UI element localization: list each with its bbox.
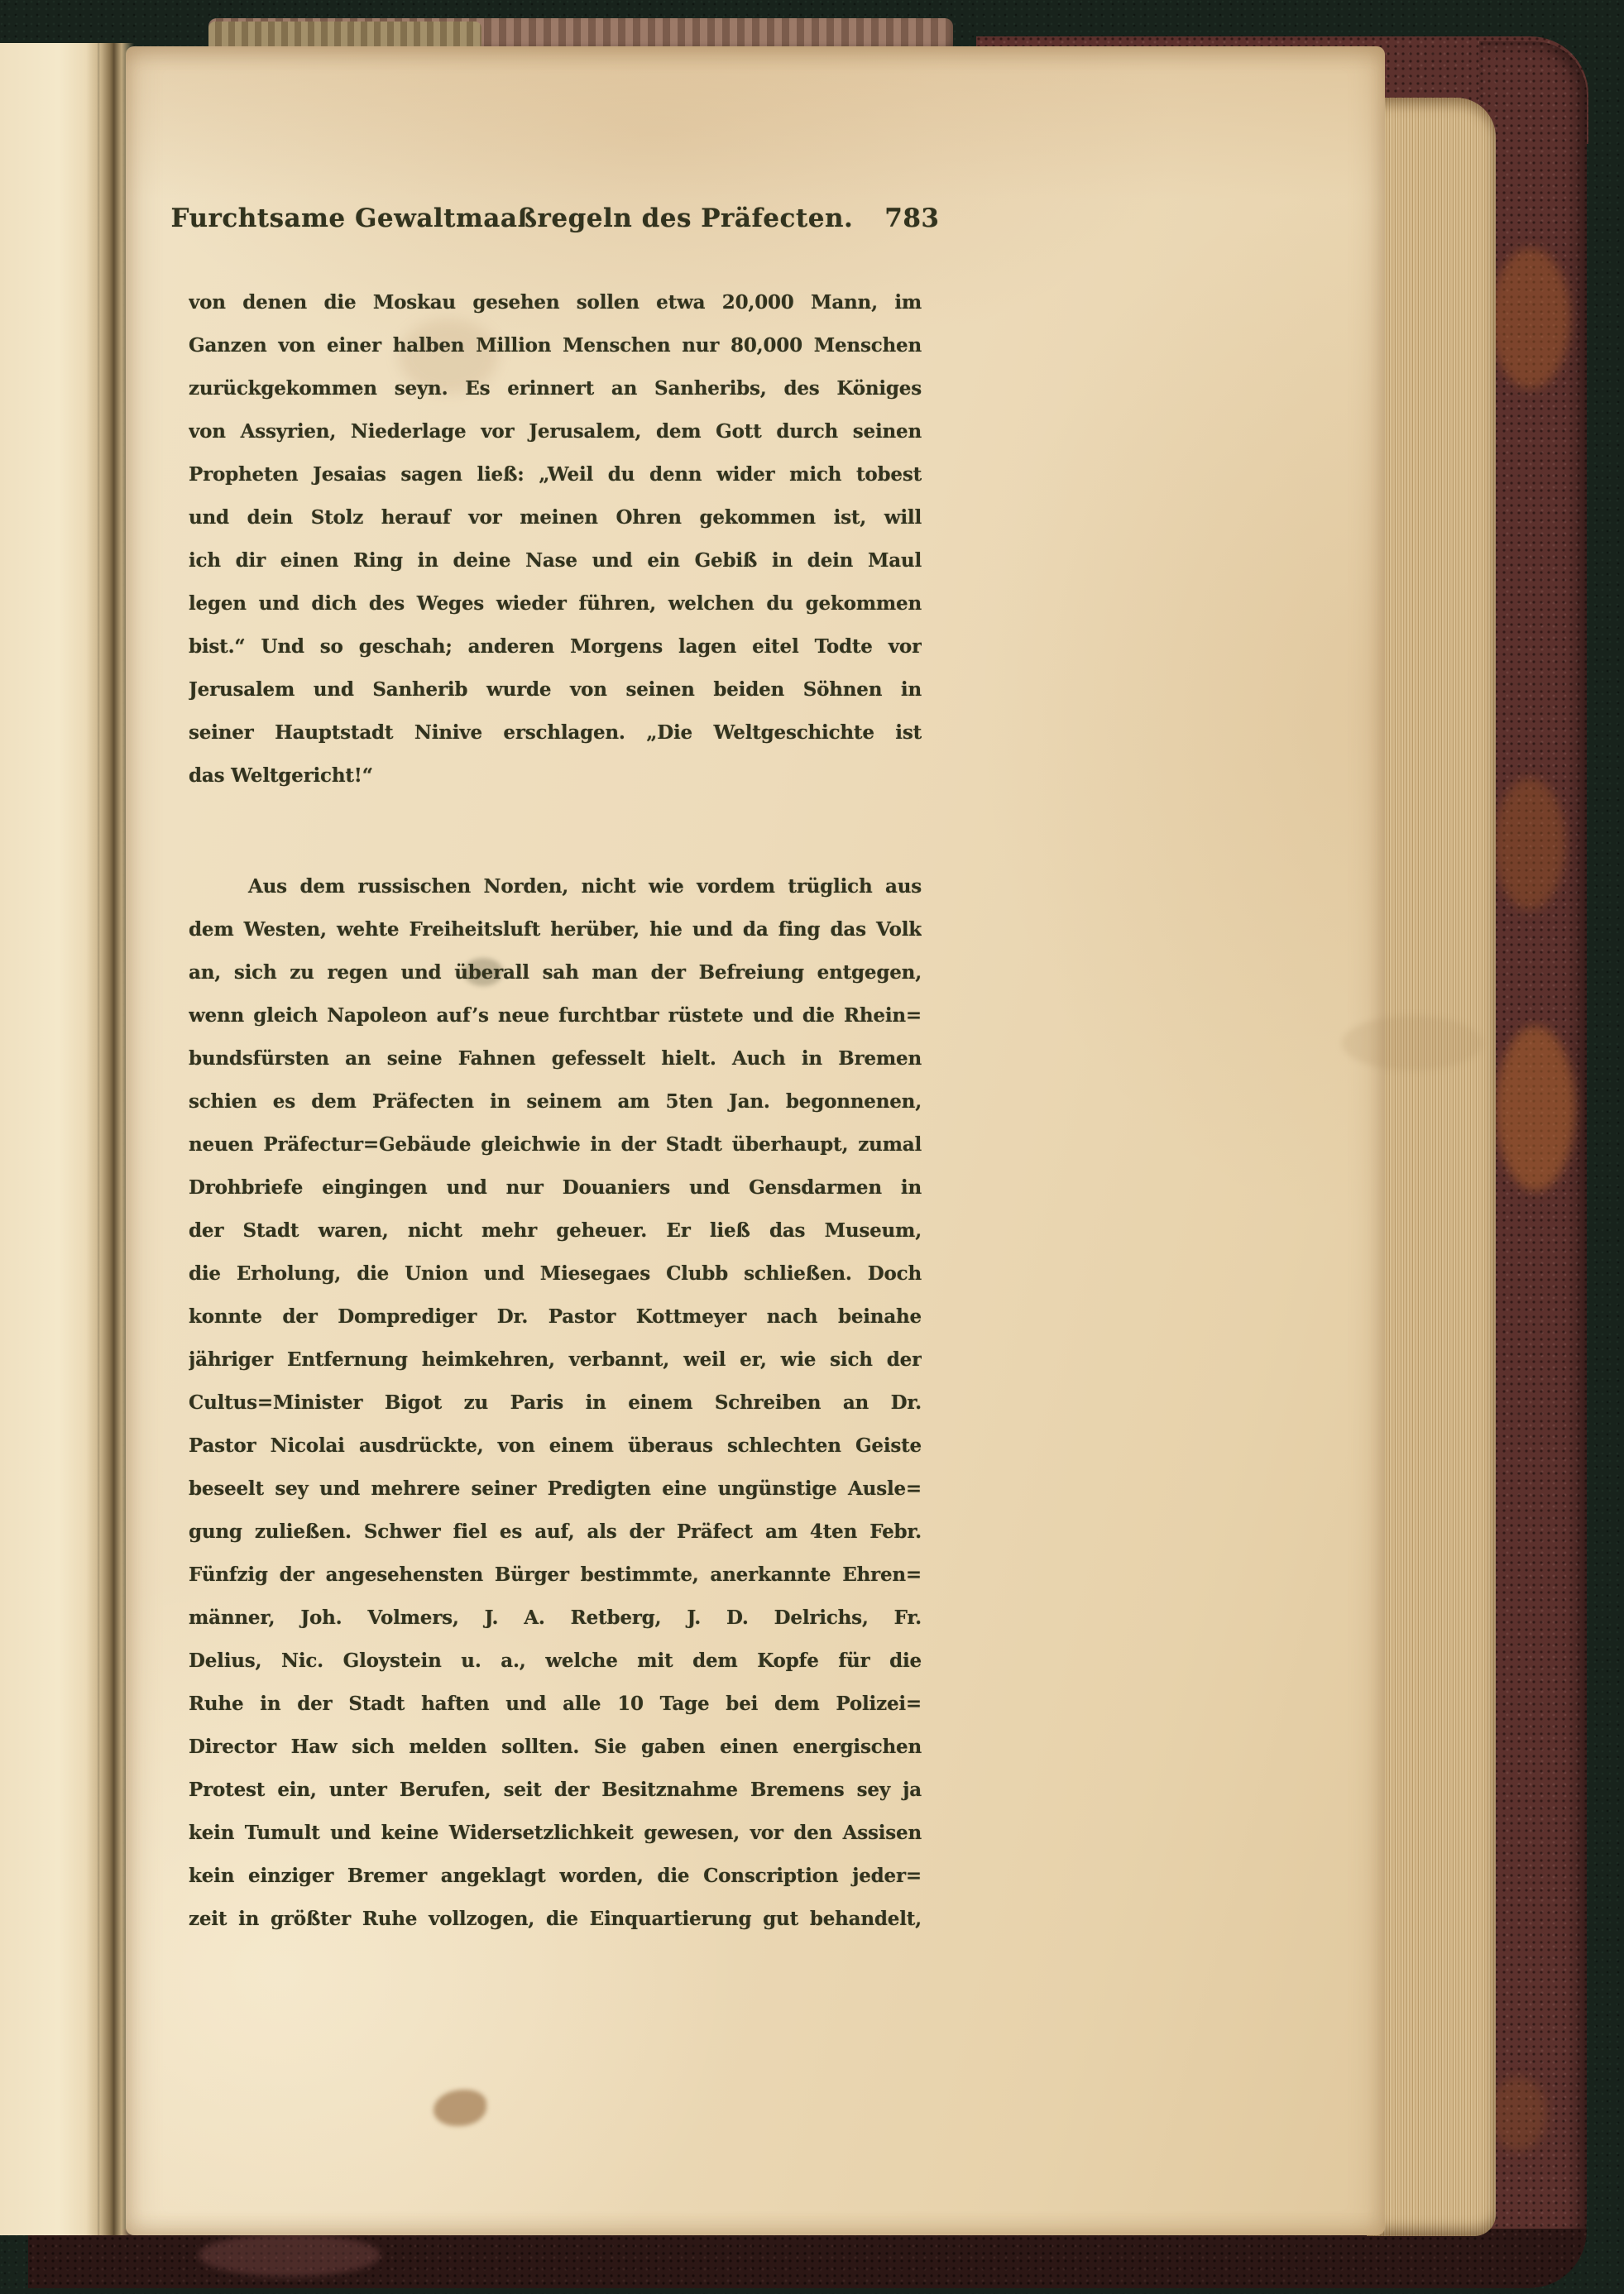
text-line: Pastor Nicolai ausdrückte, von einem übe… [189, 1425, 922, 1468]
text-line: der Stadt waren, nicht mehr geheuer. Er … [189, 1209, 922, 1252]
text-line: jähriger Entfernung heimkehren, verbannt… [189, 1339, 922, 1382]
text-line: und dein Stolz herauf vor meinen Ohren g… [189, 496, 922, 539]
text-line: von Assyrien, Niederlage vor Jerusalem, … [189, 410, 922, 453]
text-line: die Erholung, die Union und Miesegaes Cl… [189, 1252, 922, 1295]
leather-marbling-patch [199, 2234, 381, 2277]
leather-marbling-patch [1491, 248, 1570, 389]
text-line: Protest ein, unter Berufen, seit der Bes… [189, 1769, 922, 1812]
text-line: Ruhe in der Stadt haften und alle 10 Tag… [189, 1683, 922, 1726]
text-line: Jerusalem und Sanherib wurde von seinen … [189, 668, 922, 711]
text-line: zurückgekommen seyn. Es erinnert an Sanh… [189, 367, 922, 410]
leather-marbling-patch [1494, 778, 1565, 910]
text-line: legen und dich des Weges wieder führen, … [189, 582, 922, 625]
paragraph: von denen die Moskau gesehen sollen etwa… [189, 281, 922, 797]
text-line: Propheten Jesaias sagen ließ: „Weil du d… [189, 453, 922, 496]
text-line: Fünfzig der angesehensten Bürger bestimm… [189, 1554, 922, 1597]
text-line: Ganzen von einer halben Million Menschen… [189, 324, 922, 367]
paper-stain [434, 2090, 486, 2126]
text-line: gung zuließen. Schwer fiel es auf, als d… [189, 1511, 922, 1554]
text-line: neuen Präfectur=Gebäude gleichwie in der… [189, 1123, 922, 1166]
running-header-title: Furchtsame Gewaltmaaßregeln des Präfecte… [171, 202, 854, 235]
leather-marbling-patch [1489, 2076, 1547, 2151]
running-header: Furchtsame Gewaltmaaßregeln des Präfecte… [189, 202, 922, 235]
text-line: bundsfürsten an seine Fahnen gefesselt h… [189, 1037, 922, 1080]
text-line: schien es dem Präfecten in seinem am 5te… [189, 1080, 922, 1123]
text-line: Aus dem russischen Norden, nicht wie vor… [189, 865, 922, 908]
text-line: ich dir einen Ring in deine Nase und ein… [189, 539, 922, 582]
text-line: von denen die Moskau gesehen sollen etwa… [189, 281, 922, 324]
text-line: Delius, Nic. Gloystein u. a., welche mit… [189, 1640, 922, 1683]
text-line: Drohbriefe eingingen und nur Douaniers u… [189, 1166, 922, 1209]
text-line: wenn gleich Napoleon auf’s neue furchtba… [189, 994, 922, 1037]
text-line: das Weltgericht!“ [189, 754, 922, 797]
facing-page-sliver [0, 43, 98, 2235]
text-line: bist.“ Und so geschah; anderen Morgens l… [189, 625, 922, 668]
book-photo-scene: Furchtsame Gewaltmaaßregeln des Präfecte… [0, 0, 1624, 2294]
ink-showthrough [1342, 1016, 1483, 1070]
text-line: an, sich zu regen und überall sah man de… [189, 951, 922, 994]
text-line: kein Tumult und keine Widersetzlichkeit … [189, 1812, 922, 1855]
text-line: dem Westen, wehte Freiheitsluft herüber,… [189, 908, 922, 951]
text-line: beseelt sey und mehrere seiner Predigten… [189, 1468, 922, 1511]
page-number: 783 [884, 202, 939, 235]
text-line: konnte der Domprediger Dr. Pastor Kottme… [189, 1295, 922, 1339]
text-body: von denen die Moskau gesehen sollen etwa… [189, 281, 922, 1941]
leather-marbling-patch [1496, 1026, 1575, 1191]
page-block-fore-edge [1367, 98, 1496, 2236]
text-line: Director Haw sich melden sollten. Sie ga… [189, 1726, 922, 1769]
text-column: Furchtsame Gewaltmaaßregeln des Präfecte… [189, 202, 922, 1941]
text-line: seiner Hauptstadt Ninive erschlagen. „Di… [189, 711, 922, 754]
text-line: zeit in größter Ruhe vollzogen, die Einq… [189, 1898, 922, 1941]
text-line: Cultus=Minister Bigot zu Paris in einem … [189, 1382, 922, 1425]
text-line: männer, Joh. Volmers, J. A. Retberg, J. … [189, 1597, 922, 1640]
text-line: kein einziger Bremer angeklagt worden, d… [189, 1855, 922, 1898]
paragraph: Aus dem russischen Norden, nicht wie vor… [189, 865, 922, 1941]
